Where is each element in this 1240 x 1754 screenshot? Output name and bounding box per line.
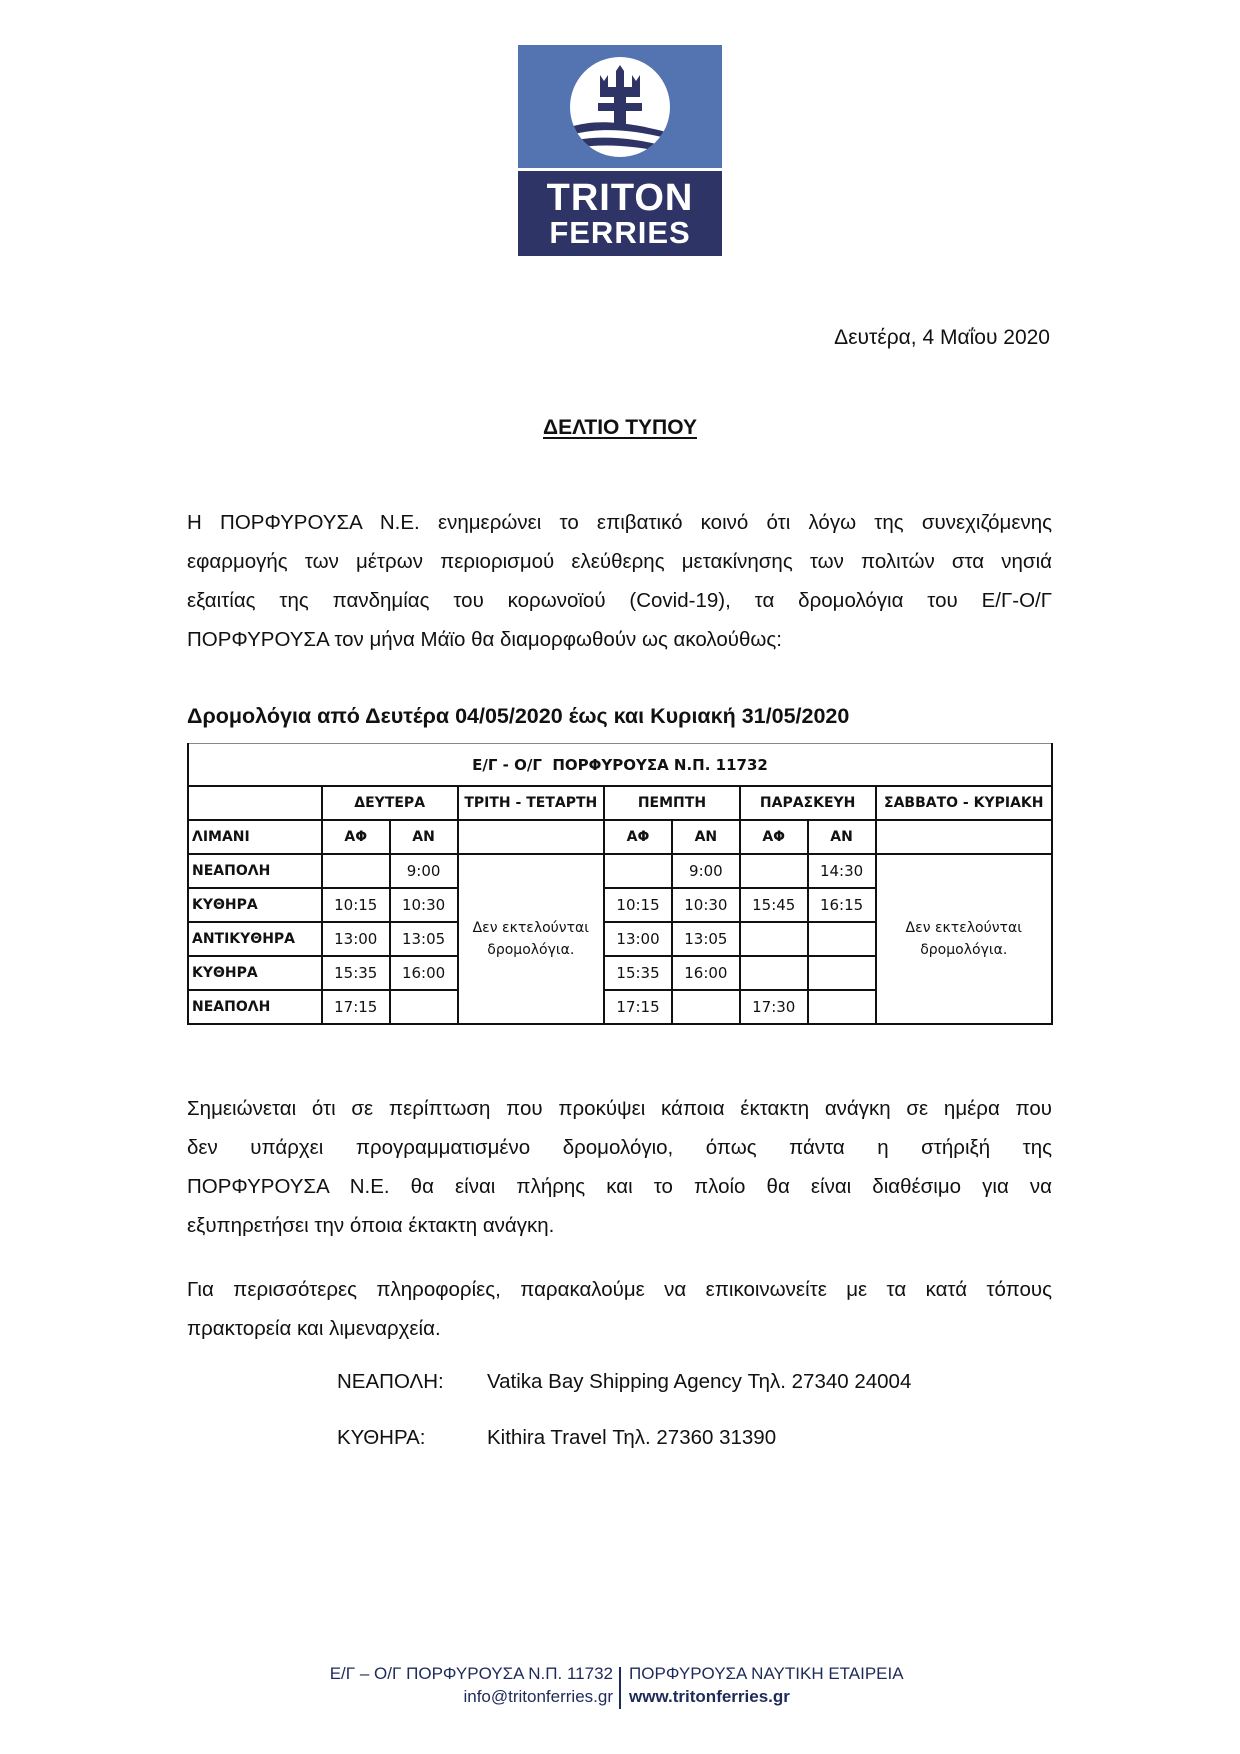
time-cell (740, 854, 808, 888)
footer-vessel: Ε/Γ – Ο/Γ ΠΟΡΦΥΡΟΥΣΑ Ν.Π. 11732 (330, 1664, 613, 1684)
note-line: δεν υπάρχει προγραμματισμένο δρομολόγιο,… (187, 1128, 1052, 1167)
no-service-text: Δεν εκτελούνται (906, 920, 1022, 936)
time-cell (808, 990, 876, 1024)
port-cell: ΑΝΤΙΚΥΘΗΡΑ (188, 922, 322, 956)
time-cell (740, 956, 808, 990)
page-title: ΔΕΛΤΙΟ ΤΥΠΟΥ (0, 416, 1240, 440)
logo-emblem-panel (518, 45, 722, 168)
table-title: Ε/Γ - Ο/Γ ΠΟΡΦΥΡΟΥΣΑ Ν.Π. 11732 (188, 744, 1052, 787)
intro-line: εξαιτίας της πανδημίας του κορωνοϊού (Co… (187, 581, 1052, 620)
header-dep: ΑΦ (322, 820, 390, 854)
port-cell: ΚΥΘΗΡΑ (188, 888, 322, 922)
time-cell: 14:30 (808, 854, 876, 888)
header-thursday: ΠΕΜΠΤΗ (604, 786, 740, 820)
header-arr: ΑΝ (672, 820, 740, 854)
header-monday: ΔΕΥΤΕΡΑ (322, 786, 458, 820)
time-cell: 10:15 (322, 888, 390, 922)
header-empty-cell (188, 786, 322, 820)
header-empty-cell (458, 820, 605, 854)
header-port: ΛΙΜΑΝΙ (188, 820, 322, 854)
time-cell (808, 922, 876, 956)
no-service-text: δρομολόγια. (920, 942, 1007, 958)
no-service-text: Δεν εκτελούνται (473, 920, 589, 936)
note-line: Σημειώνεται ότι σε περίπτωση που προκύψε… (187, 1089, 1052, 1128)
footer-divider (619, 1667, 621, 1709)
footer-company: ΠΟΡΦΥΡΟΥΣΑ ΝΑΥΤΙΚΗ ΕΤΑΙΡΕΙΑ (629, 1664, 904, 1684)
time-cell: 9:00 (390, 854, 458, 888)
no-service-text: δρομολόγια. (487, 942, 574, 958)
header-arr: ΑΝ (390, 820, 458, 854)
time-cell: 13:00 (322, 922, 390, 956)
time-cell: 17:15 (322, 990, 390, 1024)
no-service-tue-wed: Δεν εκτελούνται δρομολόγια. (458, 854, 605, 1024)
schedule-heading: Δρομολόγια από Δευτέρα 04/05/2020 έως κα… (187, 704, 849, 729)
contact-value: Vatika Bay Shipping Agency Τηλ. 27340 24… (487, 1370, 911, 1394)
info-line: πρακτορεία και λιμεναρχεία. (187, 1309, 1052, 1348)
footer-website-link[interactable]: www.tritonferries.gr (629, 1687, 790, 1707)
header-sat-sun: ΣΑΒΒΑΤΟ - ΚΥΡΙΑΚΗ (876, 786, 1052, 820)
time-cell: 16:00 (672, 956, 740, 990)
press-release-date: Δευτέρα, 4 Μαΐου 2020 (834, 326, 1050, 350)
info-line: Για περισσότερες πληροφορίες, παρακαλούμ… (187, 1270, 1052, 1309)
intro-line: Η ΠΟΡΦΥΡΟΥΣΑ Ν.Ε. ενημερώνει το επιβατικ… (187, 503, 1052, 542)
time-cell (808, 956, 876, 990)
header-dep: ΑΦ (740, 820, 808, 854)
triton-ferries-logo: TRITON FERRIES (518, 45, 722, 256)
time-cell: 15:35 (604, 956, 672, 990)
time-cell: 17:30 (740, 990, 808, 1024)
time-cell: 17:15 (604, 990, 672, 1024)
footer-email-link[interactable]: info@tritonferries.gr (463, 1687, 613, 1707)
time-cell: 15:35 (322, 956, 390, 990)
time-cell: 10:15 (604, 888, 672, 922)
note-paragraph: Σημειώνεται ότι σε περίπτωση που προκύψε… (187, 1089, 1052, 1245)
time-cell (604, 854, 672, 888)
header-tue-wed: ΤΡΙΤΗ - ΤΕΤΑΡΤΗ (458, 786, 605, 820)
note-line: ΠΟΡΦΥΡΟΥΣΑ Ν.Ε. θα είναι πλήρης και το π… (187, 1167, 1052, 1206)
time-cell: 13:05 (672, 922, 740, 956)
port-cell: ΚΥΘΗΡΑ (188, 956, 322, 990)
header-arr: ΑΝ (808, 820, 876, 854)
schedule-table: Ε/Γ - Ο/Γ ΠΟΡΦΥΡΟΥΣΑ Ν.Π. 11732 ΔΕΥΤΕΡΑ … (187, 743, 1053, 1025)
port-cell: ΝΕΑΠΟΛΗ (188, 990, 322, 1024)
header-dep: ΑΦ (604, 820, 672, 854)
time-cell: 15:45 (740, 888, 808, 922)
contact-value: Kithira Travel Τηλ. 27360 31390 (487, 1426, 776, 1450)
time-cell (672, 990, 740, 1024)
time-cell: 9:00 (672, 854, 740, 888)
note-line: εξυπηρετήσει την όποια έκτακτη ανάγκη. (187, 1206, 1052, 1245)
header-friday: ΠΑΡΑΣΚΕΥΗ (740, 786, 876, 820)
logo-line-triton: TRITON (518, 179, 722, 217)
time-cell (322, 854, 390, 888)
intro-line: ΠΟΡΦΥΡΟΥΣΑ τον μήνα Μάϊο θα διαμορφωθούν… (187, 620, 1052, 659)
time-cell (740, 922, 808, 956)
logo-wordmark-panel: TRITON FERRIES (518, 171, 722, 256)
intro-paragraph: Η ΠΟΡΦΥΡΟΥΣΑ Ν.Ε. ενημερώνει το επιβατικ… (187, 503, 1052, 659)
contact-label: ΝΕΑΠΟΛΗ: (337, 1370, 444, 1394)
header-empty-cell (876, 820, 1052, 854)
time-cell: 10:30 (672, 888, 740, 922)
contact-label: ΚΥΘΗΡΑ: (337, 1426, 425, 1450)
table-row: ΝΕΑΠΟΛΗ 9:00 Δεν εκτελούνται δρομολόγια.… (188, 854, 1052, 888)
time-cell (390, 990, 458, 1024)
time-cell: 16:15 (808, 888, 876, 922)
port-cell: ΝΕΑΠΟΛΗ (188, 854, 322, 888)
logo-line-ferries: FERRIES (518, 217, 722, 248)
no-service-sat-sun: Δεν εκτελούνται δρομολόγια. (876, 854, 1052, 1024)
time-cell: 13:00 (604, 922, 672, 956)
intro-line: εφαρμογής των μέτρων περιορισμού ελεύθερ… (187, 542, 1052, 581)
time-cell: 16:00 (390, 956, 458, 990)
time-cell: 10:30 (390, 888, 458, 922)
info-paragraph: Για περισσότερες πληροφορίες, παρακαλούμ… (187, 1270, 1052, 1348)
time-cell: 13:05 (390, 922, 458, 956)
trident-wave-icon (570, 57, 670, 157)
